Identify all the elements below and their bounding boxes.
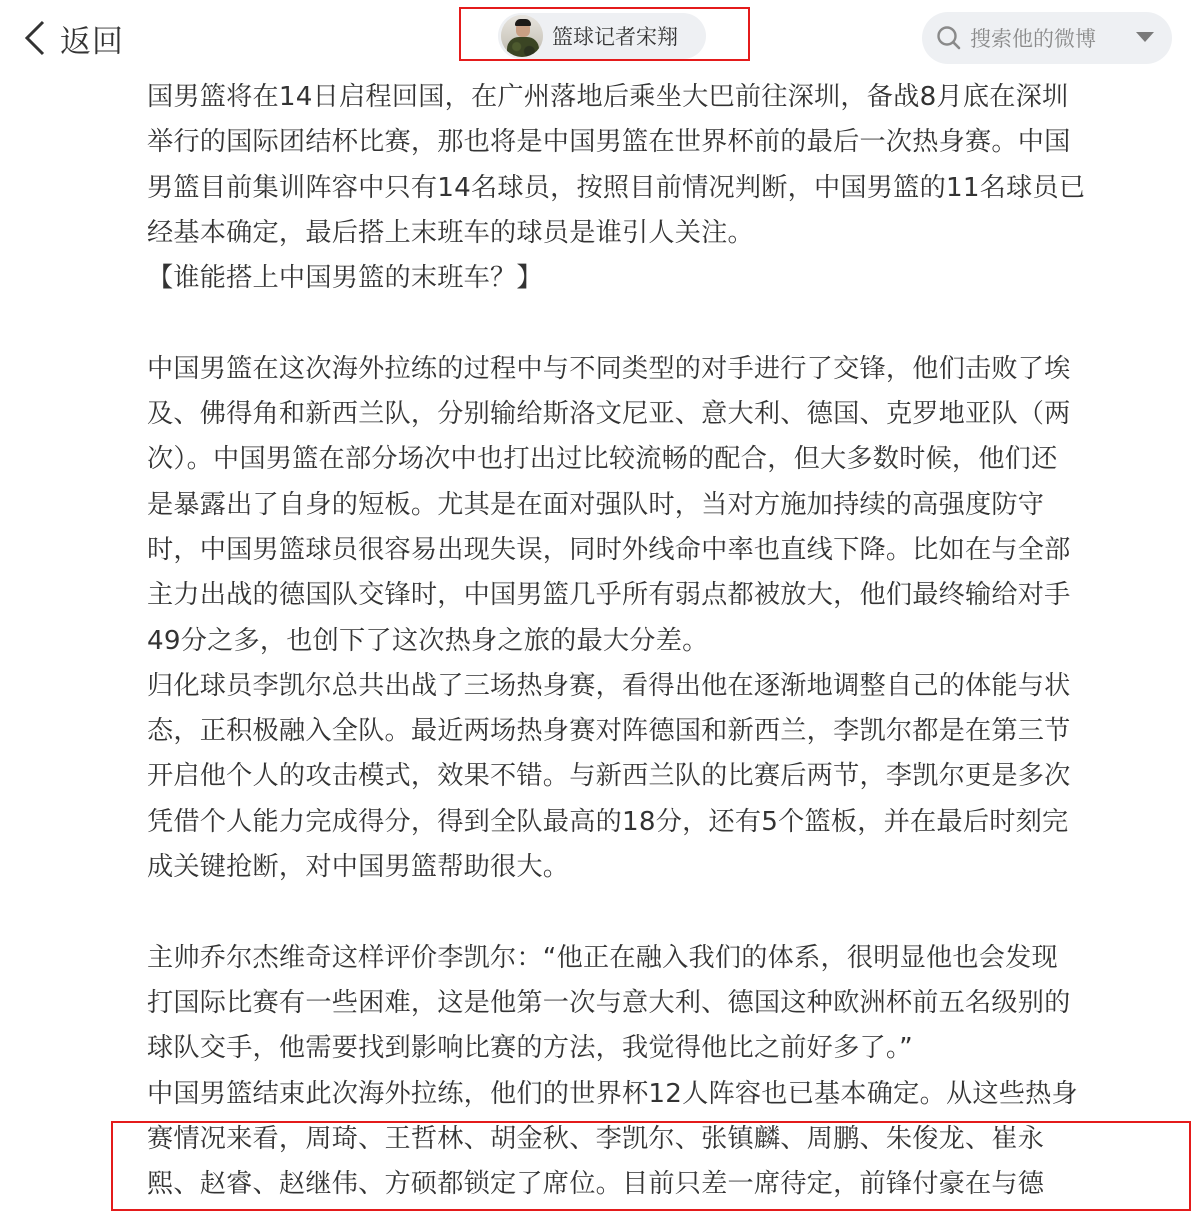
blank-line [147,301,1177,346]
search-input[interactable]: 搜索他的微博 [922,12,1172,64]
back-button[interactable]: 返回 [24,14,124,62]
article-line: 打国际比赛有一些困难，这是他第一次与意大利、德国这种欧洲杯前五名级别的 [147,981,1177,1026]
author-name: 篮球记者宋翔 [552,21,678,51]
search-placeholder: 搜索他的微博 [970,23,1096,53]
article-line: 举行的国际团结杯比赛，那也将是中国男篮在世界杯前的最后一次热身赛。中国 [147,120,1177,165]
back-label: 返回 [60,16,124,61]
section-heading: 【谁能搭上中国男篮的末班车？】 [147,256,1177,301]
chevron-left-icon [24,20,46,56]
article-line: 成关键抢断，对中国男篮帮助很大。 [147,845,1177,890]
article-line: 凭借个人能力完成得分，得到全队最高的18分，还有5个篮板，并在最后时刻完 [147,800,1177,845]
article-line: 开启他个人的攻击模式，效果不错。与新西兰队的比赛后两节，李凯尔更是多次 [147,754,1177,799]
article-line: 主帅乔尔杰维奇这样评价李凯尔：“他正在融入我们的体系，很明显他也会发现 [147,936,1177,981]
article-line: 球队交手，他需要找到影响比赛的方法，我觉得他比之前好多了。” [147,1026,1177,1071]
article-line: 经基本确定，最后搭上末班车的球员是谁引人关注。 [147,211,1177,256]
top-navigation-bar: 返回 篮球记者宋翔 搜索他的微博 [0,0,1200,78]
article-line: 中国男篮在这次海外拉练的过程中与不同类型的对手进行了交锋，他们击败了埃 [147,347,1177,392]
article-line: 时，中国男篮球员很容易出现失误，同时外线命中率也直线下降。比如在与全部 [147,528,1177,573]
author-profile-pill[interactable]: 篮球记者宋翔 [498,13,706,59]
article-line: 男篮目前集训阵容中只有14名球员，按照目前情况判断，中国男篮的11名球员已 [147,166,1177,211]
article-line: 是暴露出了自身的短板。尤其是在面对强队时，当对方施加持续的高强度防守 [147,483,1177,528]
article-line: 49分之多，也创下了这次热身之旅的最大分差。 [147,619,1177,664]
article-line: 国男篮将在14日启程回国，在广州落地后乘坐大巴前往深圳，备战8月底在深圳 [147,75,1177,120]
article-line: 归化球员李凯尔总共出战了三场热身赛，看得出他在逐渐地调整自己的体能与状 [147,664,1177,709]
article-line: 熙、赵睿、赵继伟、方硕都锁定了席位。目前只差一席待定，前锋付豪在与德 [147,1162,1177,1207]
caret-down-icon[interactable] [1136,32,1154,42]
avatar [501,15,543,57]
article-line: 赛情况来看，周琦、王哲林、胡金秋、李凯尔、张镇麟、周鹏、朱俊龙、崔永 [147,1117,1177,1162]
article-line: 及、佛得角和新西兰队，分别输给斯洛文尼亚、意大利、德国、克罗地亚队（两 [147,392,1177,437]
article-line: 态，正积极融入全队。最近两场热身赛对阵德国和新西兰，李凯尔都是在第三节 [147,709,1177,754]
blank-line [147,890,1177,935]
article-body: 国男篮将在14日启程回国，在广州落地后乘坐大巴前往深圳，备战8月底在深圳 举行的… [147,75,1177,1207]
search-icon [936,25,962,51]
article-line: 次）。中国男篮在部分场次中也打出过比较流畅的配合，但大多数时候，他们还 [147,437,1177,482]
article-line: 中国男篮结束此次海外拉练，他们的世界杯12人阵容也已基本确定。从这些热身 [147,1072,1177,1117]
article-line: 主力出战的德国队交锋时，中国男篮几乎所有弱点都被放大，他们最终输给对手 [147,573,1177,618]
